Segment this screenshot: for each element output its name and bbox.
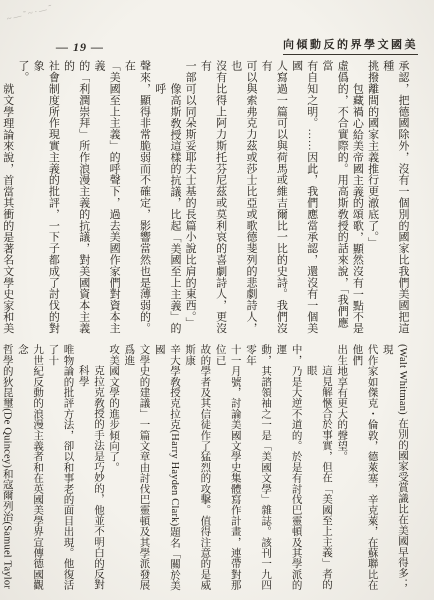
text-column: 承認，把德國除外，沒有一個別的國家比我們美國把這種 xyxy=(380,60,410,338)
text-column: 辛大學敎授克拉克(Harry Hayden Clark)題名「關於美國 xyxy=(152,344,182,596)
text-column: 克拉克敎授的手法是巧妙的，他並不明白的反對科學 xyxy=(76,344,106,596)
text-column: 故的學者及其信徒作了猛烈的攻擊。值得注意的是威斯康 xyxy=(182,344,212,596)
scanned-book-page: ~—˜~·—˜ — 19 — 向傾動反的界學文國美 承認，把德國除外，沒有一個別… xyxy=(0,0,434,600)
text-column: 虛僞的，不合實際的。用高斯敎授的話來說，「我們應當 xyxy=(319,60,349,338)
running-head: 向傾動反的界學文國美 xyxy=(283,36,418,55)
pencil-scribble: ~—˜~·—˜ xyxy=(6,2,55,23)
text-column: 了。 xyxy=(15,60,30,338)
text-column: 沒有比得上阿力斯托芬尼茲或莫利哀的喜劇詩人，更沒有 xyxy=(197,60,227,338)
text-column: 唯物論的批評方法，卻以和事老的面目出現。他復活了十 xyxy=(45,344,75,596)
text-column: 這見解愜合於事實，但在「美國至上主義」者的眼 xyxy=(304,344,334,596)
text-column: 聲來，顯得非常脆弱而不確定，影響當然也是薄弱的。在 xyxy=(121,60,151,338)
text-column: 有自知之明。……因此，我們應當承認，還沒有一個美國 xyxy=(288,60,318,338)
text-column: 代作家如傑克・倫敦，德萊塞，辛克萊，在蘇聯比在他們 xyxy=(349,344,379,596)
bottom-text-block: (Walt Whitman) 在別的國家受賞識比在美國早得多；現代作家如傑克・倫… xyxy=(44,344,410,596)
page-number: — 19 — xyxy=(56,40,104,55)
text-column: 社會制度所作現實主義的批評，一下子都成了討伐的對象 xyxy=(30,60,60,338)
text-column: (Walt Whitman) 在別的國家受賞識比在美國早得多；現 xyxy=(380,344,410,596)
text-column: 十一月號，討論美國文學史集體寫作計畫，連帶對那位已 xyxy=(212,344,242,596)
text-column: 一部可以同朵斯妥耶夫士基的長篇小說比肩的東西。」 xyxy=(182,60,197,338)
text-column: 中，乃是大逆不道的。於是有討伐巴靈頓及其學派的運 xyxy=(273,344,303,596)
text-column: 人寫過一篇可以與荷馬或維吉爾比一比的史詩。我們沒有 xyxy=(258,60,288,338)
text-column: 包藏禍心給美帝國主義的頌歌，顯然沒有一點不是 xyxy=(349,60,364,338)
text-column: 九世紀反動的浪漫主義者和在英國美學界宣傳德國觀念 xyxy=(15,344,45,596)
text-column: 哲學的狄昆璽(De Quincey)和寇爾列治(Samuel Taylor xyxy=(0,344,15,596)
text-column: 出生地享有更大的聲望。 xyxy=(334,344,349,596)
text-column: 可以與索弗克力茲或莎士比亞或歌德斐列的悲劇詩人，也 xyxy=(228,60,258,338)
text-column: 文學史的建議」一篇文章由討伐巴靈頓及其學派發展爲進 xyxy=(121,344,151,596)
text-column: 的「利潤崇拜」所作浪漫主義的抗議，對美國資本主義的 xyxy=(60,60,90,338)
text-column: 動，其諮領袖之一是「美國文學」雜誌。該刊一九四零年 xyxy=(243,344,273,596)
text-column: 就文學理論來說，首當其衝的是著名文學史家和美國 xyxy=(0,60,15,338)
text-column: 攻美國文學的進步傾向了。 xyxy=(106,344,121,596)
text-column: 像高斯敎授這樣的抗議，比起「美國至上主義」的呼 xyxy=(152,60,182,338)
text-column: 「美國至上主義」的呼聲下，過去美國作家們對資本主義 xyxy=(91,60,121,338)
top-text-block: 承認，把德國除外，沒有一個別的國家比我們美國把這種挑撥離間的國家主義推行更澈底了… xyxy=(44,60,410,338)
text-column: 挑撥離間的國家主義推行更澈底了。」 xyxy=(364,60,379,338)
